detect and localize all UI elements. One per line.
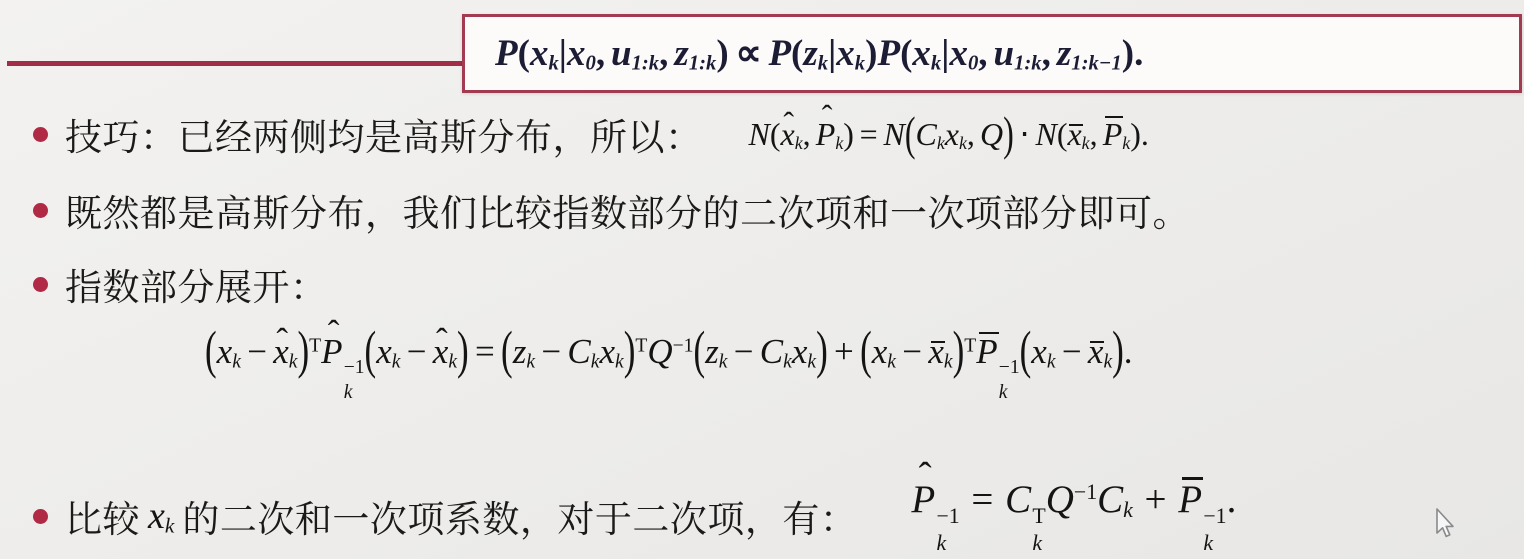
bullet-item-4: 比较 xk 的二次和一次项系数，对于二次项，有： Pˆ−1k=CTkQ−1Ck+… [33, 476, 1236, 556]
slide: P(xk|x0,u1:k,z1:k)∝P(zk|xk)P(xk|x0,u1:k,… [0, 0, 1524, 559]
exponent-expansion-equation-row: (xk−xˆk)TPˆ−1k(xk−xˆk)=(zk−Ckxk)TQ−1(zk−… [205, 326, 1133, 410]
bullet-dot-icon [33, 277, 48, 292]
formula-box: P(xk|x0,u1:k,z1:k)∝P(zk|xk)P(xk|x0,u1:k,… [462, 14, 1522, 93]
boxed-formula: P(xk|x0,u1:k,z1:k)∝P(zk|xk)P(xk|x0,u1:k,… [495, 31, 1143, 76]
bullet-dot-icon [33, 203, 48, 218]
gaussian-product-formula: N(xˆk,Pˆk)=N(Ckxk,Q)⋅N(xk,Pk). [749, 115, 1149, 154]
top-rule-divider [7, 61, 463, 66]
bullet-text-pre: 比较 [65, 489, 140, 543]
bullet-text: 技巧：已经两侧均是高斯分布，所以： [65, 107, 703, 161]
inline-math-xk: xk [148, 494, 174, 539]
bullet-text: 指数部分展开： [65, 257, 328, 311]
bullet-dot-icon [33, 127, 48, 142]
bullet-item-2: 既然都是高斯分布，我们比较指数部分的二次项和一次项部分即可。 [33, 178, 1190, 242]
bullet-dot-icon [33, 509, 48, 524]
bullet-text-post: 的二次和一次项系数，对于二次项，有： [182, 489, 857, 543]
exponent-expansion-equation: (xk−xˆk)TPˆ−1k(xk−xˆk)=(zk−Ckxk)TQ−1(zk−… [205, 332, 1133, 403]
bullet-item-1: 技巧：已经两侧均是高斯分布，所以： N(xˆk,Pˆk)=N(Ckxk,Q)⋅N… [33, 102, 1149, 166]
mouse-cursor-icon [1431, 506, 1455, 547]
bullet-text: 既然都是高斯分布，我们比较指数部分的二次项和一次项部分即可。 [65, 183, 1190, 237]
bullet-item-3: 指数部分展开： [33, 252, 328, 316]
covariance-update-formula: Pˆ−1k=CTkQ−1Ck+P−1k. [911, 477, 1236, 556]
